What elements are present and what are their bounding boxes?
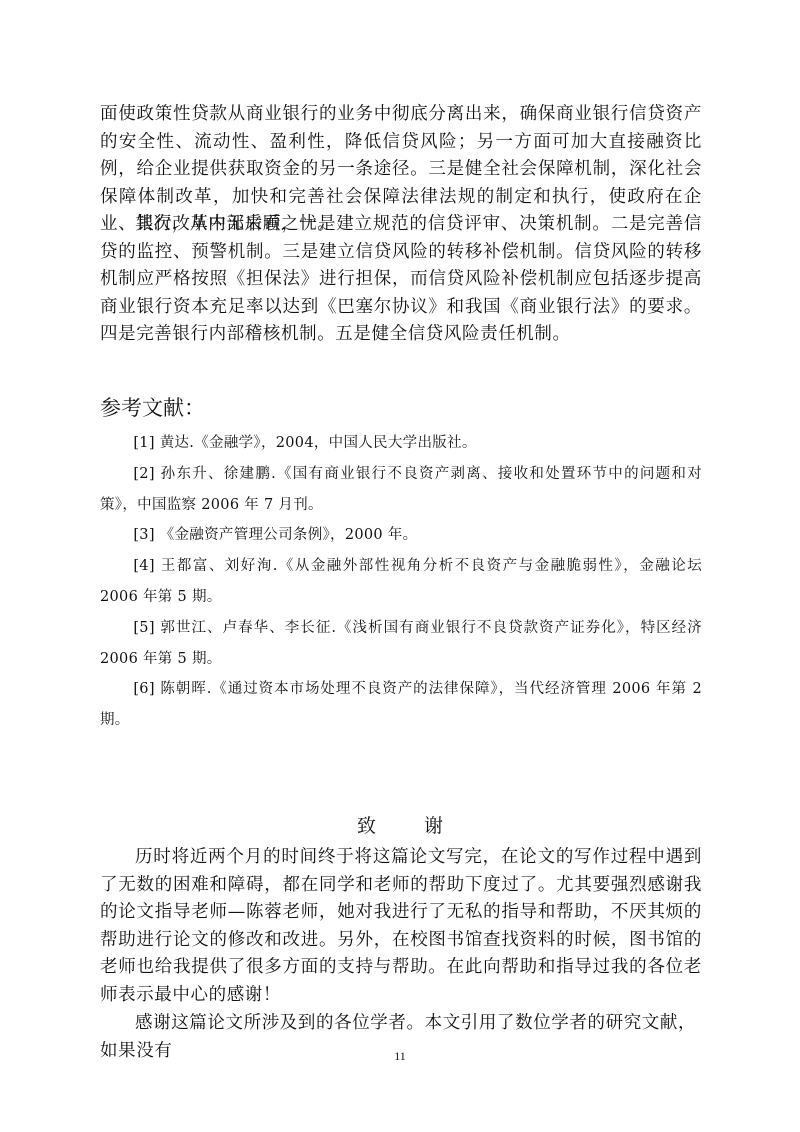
reference-item-1: [1] 黄达.《金融学》，2004，中国人民大学出版社。 — [100, 428, 702, 459]
reference-item-5: [5] 郭世江、卢春华、李长征.《浅析国有商业银行不良贷款资产证券化》，特区经济… — [100, 613, 702, 675]
acknowledgement-title-char-1: 致 — [357, 815, 376, 837]
acknowledgement-title: 致谢 — [0, 813, 800, 839]
page-number: 11 — [0, 1048, 800, 1064]
reference-item-3: [3] 《金融资产管理公司条例》，2000 年。 — [100, 520, 702, 551]
references-list: [1] 黄达.《金融学》，2004，中国人民大学出版社。 [2] 孙东升、徐建鹏… — [100, 428, 702, 736]
reference-item-6: [6] 陈朝晖.《通过资本市场处理不良资产的法律保障》，当代经济管理 2006 … — [100, 674, 702, 736]
document-page: 面使政策性贷款从商业银行的业务中彻底分离出来，确保商业银行信贷资产的安全性、流动… — [0, 0, 800, 1132]
body-paragraph-internal-measures: 其次，从内部来看，一是建立规范的信贷评审、决策机制。二是完善信贷的监控、预警机制… — [100, 211, 702, 349]
reference-item-2: [2] 孙东升、徐建鹏.《国有商业银行不良资产剥离、接收和处置环节中的问题和对策… — [100, 459, 702, 521]
acknowledgement-title-char-2: 谢 — [424, 815, 443, 837]
acknowledgement-paragraph-1: 历时将近两个月的时间终于将这篇论文写完，在论文的写作过程中遇到了无数的困难和障碍… — [100, 844, 702, 1009]
reference-item-4: [4] 王都富、刘好洵.《从金融外部性视角分析不良资产与金融脆弱性》，金融论坛 … — [100, 551, 702, 613]
references-heading: 参考文献： — [100, 393, 205, 423]
